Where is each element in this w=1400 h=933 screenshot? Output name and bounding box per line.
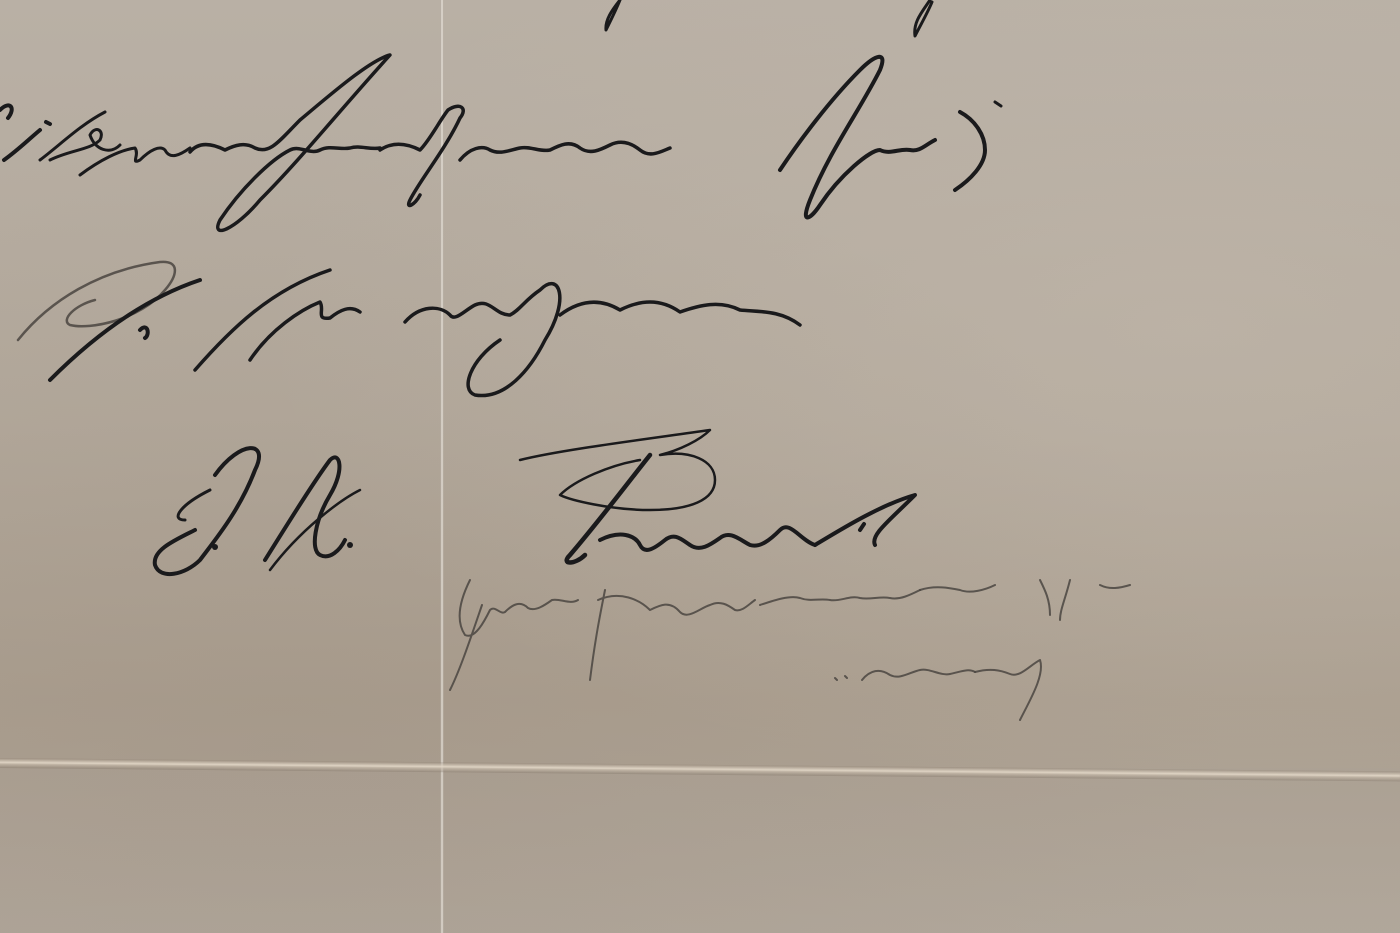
closing-line-2 — [18, 262, 800, 396]
pencil-annotation — [450, 580, 1130, 720]
closing-line-1 — [0, 55, 1001, 230]
signature — [155, 430, 915, 574]
handwriting-layer — [0, 0, 1400, 933]
top-fragment-strokes — [606, 0, 932, 36]
